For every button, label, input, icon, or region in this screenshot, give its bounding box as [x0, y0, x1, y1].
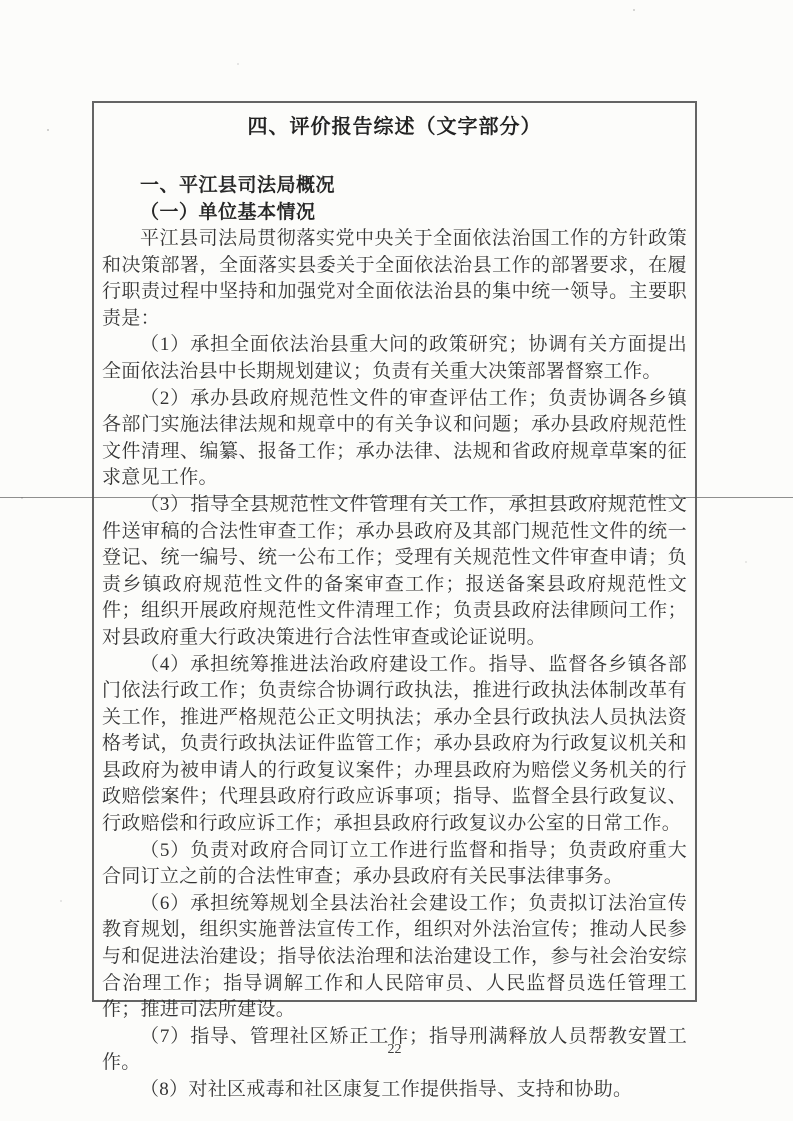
page-number: 22 — [92, 1042, 697, 1058]
section-heading: 一、平江县司法局概况 — [102, 172, 687, 199]
paragraph-intro: 平江县司法局贯彻落实党中央关于全面依法治国工作的方针政策和决策部署，全面落实县委… — [102, 226, 687, 332]
duty-item-5: （5）负责对政府合同订立工作进行监督和指导；负责政府重大合同订立之前的合法性审查… — [102, 838, 687, 891]
subsection-heading: （一）单位基本情况 — [102, 199, 687, 226]
scan-specks — [47, 129, 49, 131]
duty-item-1: （1）承担全面依法治县重大问的政策研究；协调有关方面提出全面依法治县中长期规划建… — [102, 332, 687, 385]
scanned-document-page: 四、评价报告综述（文字部分） 一、平江县司法局概况 （一）单位基本情况 平江县司… — [0, 0, 793, 1121]
duty-item-4: （4）承担统筹推进法治政府建设工作。指导、监督各乡镇各部门依法行政工作；负责综合… — [102, 652, 687, 838]
duty-item-3: （3）指导全县规范性文件管理有关工作，承担县政府规范性文件送审稿的合法性审查工作… — [102, 492, 687, 652]
document-frame: 四、评价报告综述（文字部分） 一、平江县司法局概况 （一）单位基本情况 平江县司… — [92, 101, 697, 1002]
scan-fold-line — [0, 497, 793, 498]
duty-item-2: （2）承办县政府规范性文件的审查评估工作；负责协调各乡镇各部门实施法律法规和规章… — [102, 386, 687, 492]
duty-item-8: （8）对社区戒毒和社区康复工作提供指导、支持和协助。 — [102, 1077, 687, 1104]
page-title: 四、评价报告综述（文字部分） — [102, 113, 687, 141]
duty-item-6: （6）承担统筹规划全县法治社会建设工作；负责拟订法治宣传教育规划，组织实施普法宣… — [102, 891, 687, 1024]
